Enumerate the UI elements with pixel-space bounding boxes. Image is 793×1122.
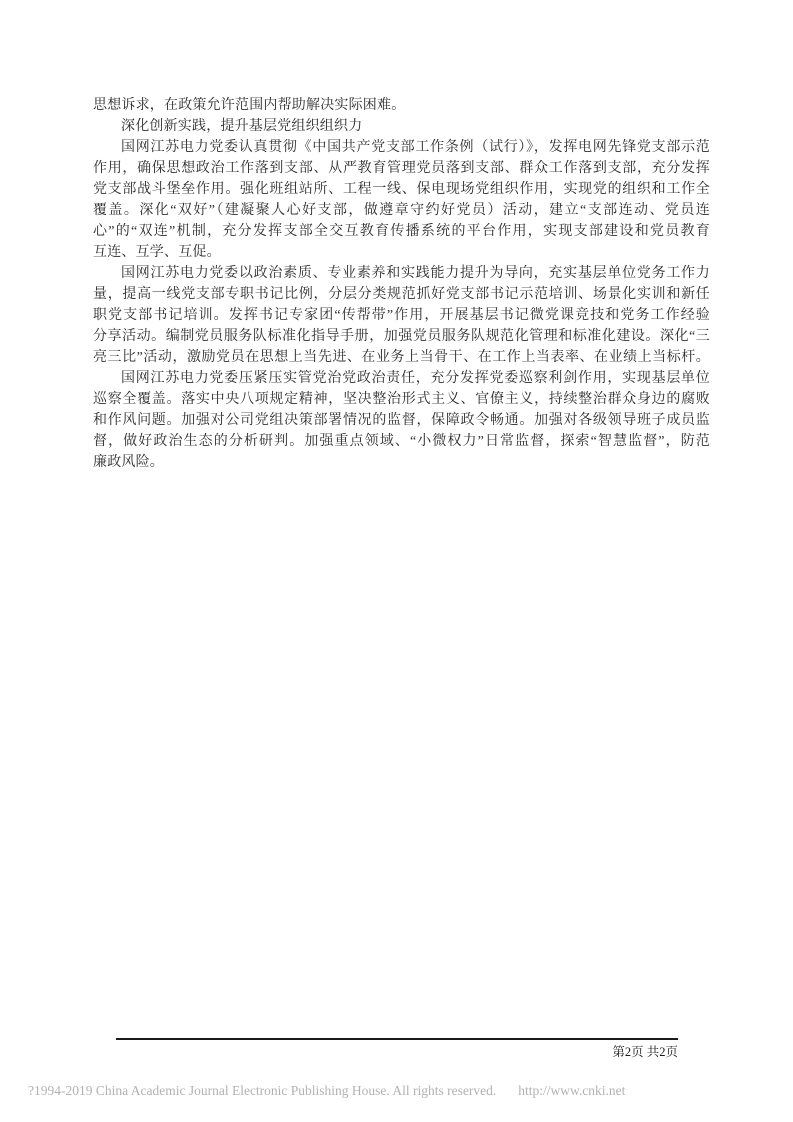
text-line: 思想诉求，在政策允许范围内帮助解决实际困难。 (93, 95, 710, 116)
text-line: 国网江苏电力党委以政治素质、专业素养和实践能力提升为导向，充实基层单位党务工作力 (93, 263, 710, 284)
copyright-notice: ?1994-2019 China Academic Journal Electr… (28, 1083, 496, 1098)
copyright-line: ?1994-2019 China Academic Journal Electr… (28, 1083, 625, 1099)
text-line: 国网江苏电力党委认真贯彻《中国共产党支部工作条例（试行）》，发挥电网先锋党支部示… (93, 137, 710, 158)
text-line: 廉政风险。 (93, 452, 710, 473)
text-line: 督，做好政治生态的分析研判。加强重点领域、“小微权力”日常监督，探索“智慧监督”… (93, 431, 710, 452)
text-line: 互连、互学、互促。 (93, 242, 710, 263)
text-line: 心”的“双连”机制，充分发挥支部全交互教育传播系统的平台作用，实现支部建设和党员… (93, 221, 710, 242)
page-indicator: 第2页 共2页 (116, 1042, 678, 1060)
text-line: 量，提高一线党支部专职书记比例，分层分类规范抓好党支部书记示范培训、场景化实训和… (93, 284, 710, 305)
footer-divider (116, 1038, 678, 1040)
text-line: 党支部战斗堡垒作用。强化班组站所、工程一线、保电现场党组织作用，实现党的组织和工… (93, 179, 710, 200)
text-line: 覆盖。深化“双好”（建凝聚人心好支部，做遵章守约好党员）活动，建立“支部连动、党… (93, 200, 710, 221)
document-text-block: 思想诉求，在政策允许范围内帮助解决实际困难。深化创新实践，提升基层党组织组织力国… (93, 95, 710, 473)
text-line: 巡察全覆盖。落实中央八项规定精神，坚决整治形式主义、官僚主义，持续整治群众身边的… (93, 389, 710, 410)
text-line: 深化创新实践，提升基层党组织组织力 (93, 116, 710, 137)
text-line: 亮三比”活动，激励党员在思想上当先进、在业务上当骨干、在工作上当表率、在业绩上当… (93, 347, 710, 368)
document-page: 思想诉求，在政策允许范围内帮助解决实际困难。深化创新实践，提升基层党组织组织力国… (0, 0, 793, 1122)
text-line: 国网江苏电力党委压紧压实管党治党政治责任，充分发挥党委巡察利剑作用，实现基层单位 (93, 368, 710, 389)
cnki-url: http://www.cnki.net (518, 1083, 625, 1098)
text-line: 和作风问题。加强对公司党组决策部署情况的监督，保障政令畅通。加强对各级领导班子成… (93, 410, 710, 431)
text-line: 作用，确保思想政治工作落到支部、从严教育管理党员落到支部、群众工作落到支部，充分… (93, 158, 710, 179)
text-line: 分享活动。编制党员服务队标准化指导手册，加强党员服务队规范化管理和标准化建设。深… (93, 326, 710, 347)
text-line: 职党支部书记培训。发挥书记专家团“传帮带”作用，开展基层书记微党课竞技和党务工作… (93, 305, 710, 326)
